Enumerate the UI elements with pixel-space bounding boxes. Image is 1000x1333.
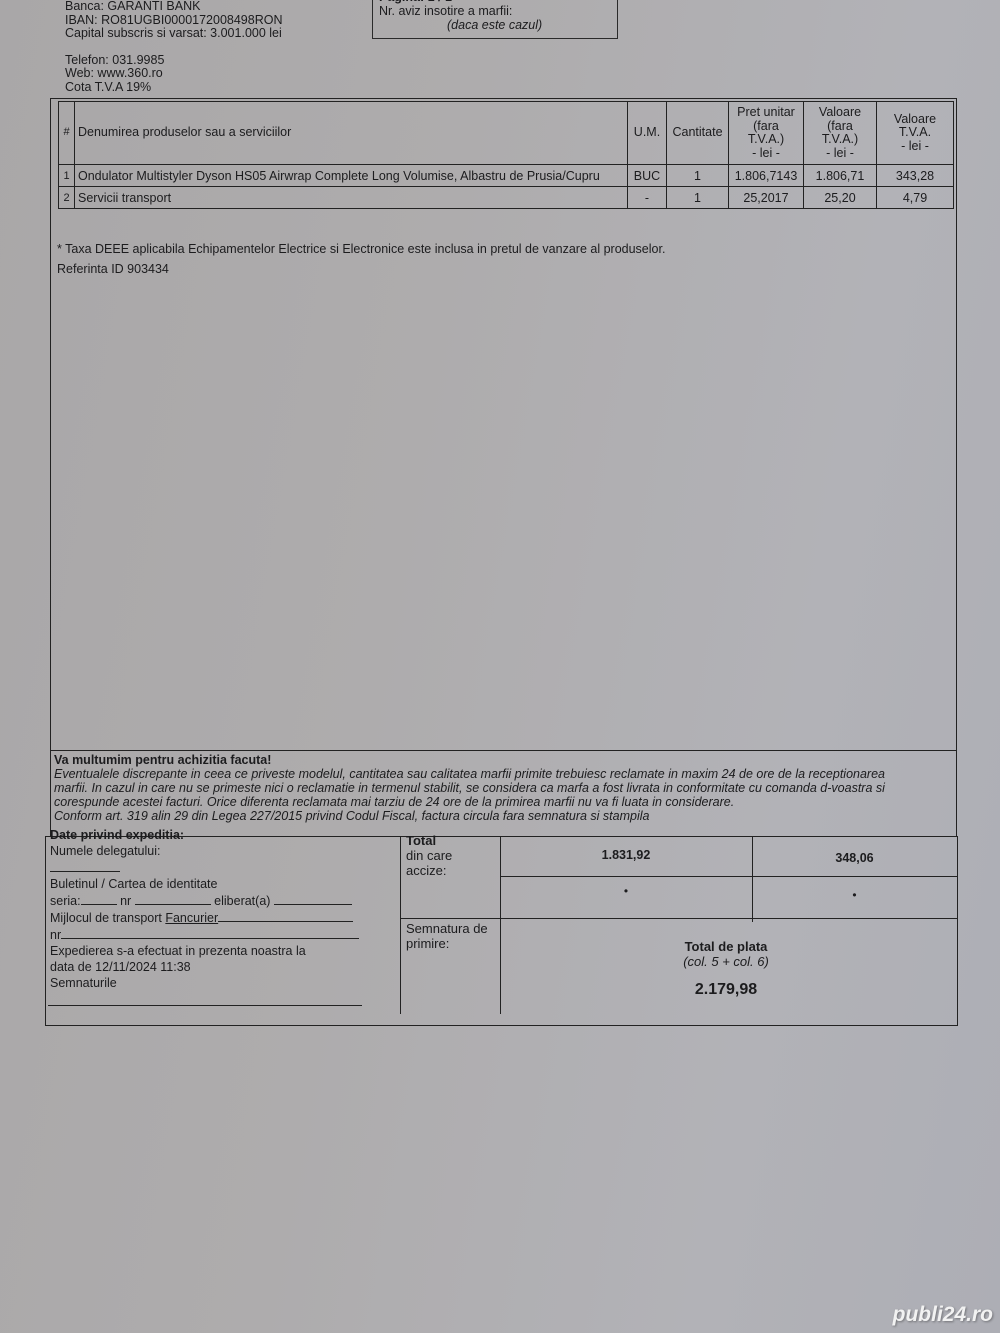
- id-label: Buletinul / Cartea de identitate: [50, 876, 400, 892]
- items-table: # Denumirea produselor sau a serviciilor…: [58, 101, 954, 209]
- delegate-label: Numele delegatului:: [50, 843, 400, 859]
- series-line: [81, 892, 117, 905]
- divider: [400, 836, 401, 1014]
- total-label: Total din care accize:: [406, 833, 452, 878]
- receipt-signature-label: Semnatura de primire:: [406, 921, 488, 951]
- reference-id: Referinta ID 903434: [57, 259, 665, 279]
- vat-rate: Cota T.V.A 19%: [65, 81, 283, 95]
- expedition-info: Date privind expeditia: Numele delegatul…: [50, 827, 400, 991]
- transport-value: Fancurier: [165, 911, 218, 925]
- table-row: 1 Ondulator Multistyler Dyson HS05 Airwr…: [59, 165, 954, 187]
- watermark-logo: publi24.ro: [893, 1303, 993, 1327]
- issued-line: [274, 892, 352, 905]
- website: Web: www.360.ro: [65, 67, 283, 81]
- col-name: Denumirea produselor sau a serviciilor: [75, 102, 628, 165]
- signature-line: [48, 1005, 362, 1006]
- col-um: U.M.: [628, 102, 667, 165]
- aviz-note: (daca este cazul): [379, 18, 617, 32]
- phone: Telefon: 031.9985: [65, 54, 283, 68]
- invoice-meta-box: Pagina: 1 / 1 Nr. aviz insotire a marfii…: [372, 0, 618, 39]
- col-value: Valoare (fara T.V.A.) - lei -: [804, 102, 877, 165]
- col-vat: Valoare T.V.A. - lei -: [877, 102, 954, 165]
- deee-note: * Taxa DEEE aplicabila Echipamentelor El…: [57, 239, 665, 259]
- net-total: 1.831,92: [500, 848, 752, 862]
- share-capital: Capital subscris si varsat: 3.001.000 le…: [65, 27, 283, 41]
- col-unit-price: Pret unitar (fara T.V.A.) - lei -: [729, 102, 804, 165]
- nr-line: [135, 892, 211, 905]
- excise-net: •: [500, 884, 752, 898]
- excise-vat: •: [752, 888, 957, 902]
- vehicle-nr-line: [61, 926, 359, 939]
- grand-total-formula: (col. 5 + col. 6): [500, 954, 952, 969]
- divider: [752, 836, 753, 922]
- table-row: 2 Servicii transport - 1 25,2017 25,20 4…: [59, 187, 954, 209]
- grand-total-amount: 2.179,98: [500, 982, 952, 997]
- grand-total-block: Total de plata (col. 5 + col. 6) 2.179,9…: [500, 939, 952, 997]
- notes: * Taxa DEEE aplicabila Echipamentelor El…: [57, 239, 665, 279]
- aviz-label: Nr. aviz insotire a marfii:: [379, 4, 617, 18]
- divider: [400, 918, 958, 919]
- col-num: #: [59, 102, 75, 165]
- thanks-block: Va multumim pentru achizitia facuta! Eve…: [50, 750, 957, 836]
- col-qty: Cantitate: [667, 102, 729, 165]
- expedition-title: Date privind expeditia:: [50, 827, 400, 843]
- product-name: Servicii transport: [75, 187, 628, 209]
- company-info: Banca: GARANTI BANK IBAN: RO81UGBI000017…: [65, 0, 283, 94]
- iban: IBAN: RO81UGBI0000172008498RON: [65, 14, 283, 28]
- grand-total-label: Total de plata: [500, 939, 952, 954]
- table-header-row: # Denumirea produselor sau a serviciilor…: [59, 102, 954, 165]
- thanks-title: Va multumim pentru achizitia facuta!: [54, 753, 953, 767]
- divider: [500, 876, 958, 877]
- vat-total: 348,06: [752, 851, 957, 865]
- bank-name: Banca: GARANTI BANK: [65, 0, 283, 14]
- product-name: Ondulator Multistyler Dyson HS05 Airwrap…: [75, 165, 628, 187]
- shipping-date: data de 12/11/2024 11:38: [50, 959, 400, 975]
- delegate-name-line: [50, 859, 120, 872]
